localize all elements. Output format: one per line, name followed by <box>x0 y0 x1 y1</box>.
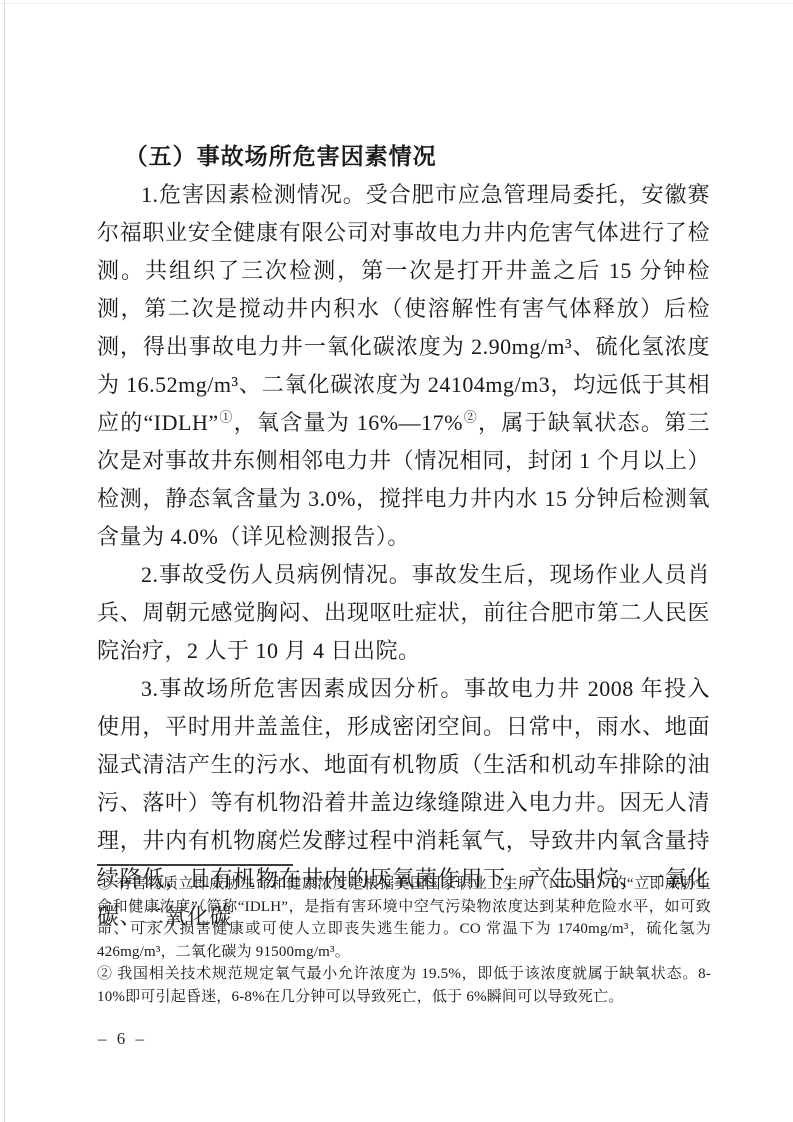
section-heading: （五）事故场所危害因素情况 <box>97 138 710 176</box>
page-edge-line <box>4 0 5 1122</box>
footnote-ref-1: ① <box>219 410 234 425</box>
footnote-section: ① 有害物质立即威胁生命和健康浓度是根据美国国家职业卫生所（NIOSH）的“立即… <box>97 864 711 1008</box>
footnote-1: ① 有害物质立即威胁生命和健康浓度是根据美国国家职业卫生所（NIOSH）的“立即… <box>97 873 711 963</box>
footnote-2: ② 我国相关技术规范规定氧气最小允许浓度为 19.5%，即低于该浓度就属于缺氧状… <box>97 963 711 1008</box>
paragraph-text: ，氧含量为 16%—17% <box>234 410 463 435</box>
footnote-ref-2: ② <box>463 410 478 425</box>
document-page: （五）事故场所危害因素情况 1.危害因素检测情况。受合肥市应急管理局委托，安徽赛… <box>0 0 793 1122</box>
page-number: – 6 – <box>98 1029 147 1049</box>
footnote-separator <box>97 864 293 866</box>
paragraph-injured-cases: 2.事故受伤人员病例情况。事故发生后，现场作业人员肖兵、周朝元感觉胸闷、出现呕吐… <box>97 556 710 670</box>
paragraph-text: 1.危害因素检测情况。受合肥市应急管理局委托，安徽赛尔福职业安全健康有限公司对事… <box>97 182 710 435</box>
paragraph-hazard-detection: 1.危害因素检测情况。受合肥市应急管理局委托，安徽赛尔福职业安全健康有限公司对事… <box>97 176 710 556</box>
document-body: （五）事故场所危害因素情况 1.危害因素检测情况。受合肥市应急管理局委托，安徽赛… <box>97 138 710 936</box>
page-edge-line <box>0 3 793 4</box>
